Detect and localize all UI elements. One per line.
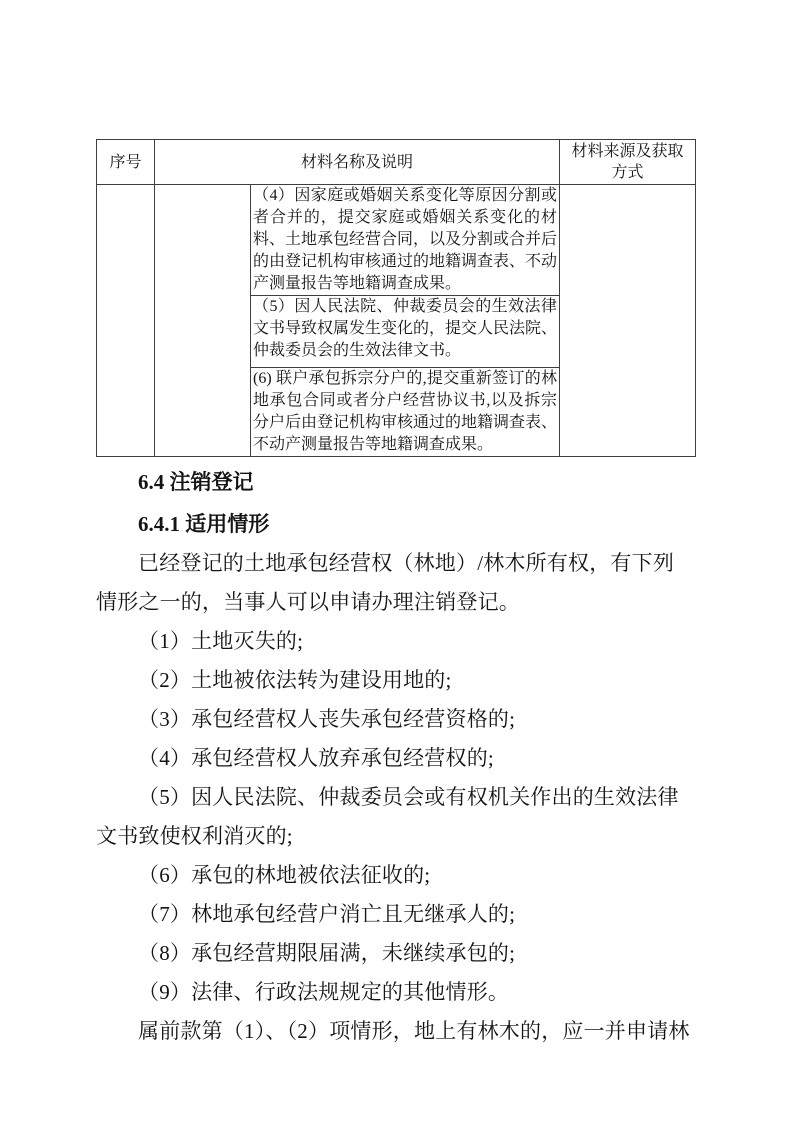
list-item-3: （3）承包经营权人丧失承包经营资格的; <box>96 700 695 739</box>
list-item-6: （6）承包的林地被依法征收的; <box>96 856 695 895</box>
list-item-8: （8）承包经营期限届满，未继续承包的; <box>96 934 695 973</box>
list-item-4: （4）承包经营权人放弃承包经营权的; <box>96 739 695 778</box>
list-item-1: （1）土地灭失的; <box>96 622 695 661</box>
no-cell-empty <box>97 185 155 457</box>
page-content: 序号 材料名称及说明 材料来源及获取方式 （4）因家庭或婚姻关系变化等原因分割或… <box>96 139 695 1051</box>
source-cell-empty <box>560 185 696 457</box>
list-item-2: （2）土地被依法转为建设用地的; <box>96 661 695 700</box>
column-header-name: 材料名称及说明 <box>155 140 560 185</box>
section-heading-6-4: 6.4 注销登记 <box>138 467 695 497</box>
material-item-5-cell: （5）因人民法院、仲裁委员会的生效法律文书导致权属发生变化的，提交人民法院、仲裁… <box>251 296 560 368</box>
list-item-7: （7）林地承包经营户消亡且无继承人的; <box>96 895 695 934</box>
section-heading-6-4-1: 6.4.1 适用情形 <box>138 509 695 539</box>
intro-paragraph: 已经登记的土地承包经营权（林地）/林木所有权，有下列情形之一的，当事人可以申请办… <box>96 544 686 622</box>
table-row: （4）因家庭或婚姻关系变化等原因分割或者合并的，提交家庭或婚姻关系变化的材料、土… <box>97 185 696 296</box>
column-header-no: 序号 <box>97 140 155 185</box>
closing-paragraph: 属前款第（1）、（2）项情形，地上有林木的，应一并申请林 <box>96 1012 695 1051</box>
document-page: 序号 材料名称及说明 材料来源及获取方式 （4）因家庭或婚姻关系变化等原因分割或… <box>0 0 793 1122</box>
materials-table: 序号 材料名称及说明 材料来源及获取方式 （4）因家庭或婚姻关系变化等原因分割或… <box>96 139 696 457</box>
column-header-source: 材料来源及获取方式 <box>560 140 696 185</box>
table-header-row: 序号 材料名称及说明 材料来源及获取方式 <box>97 140 696 185</box>
subcol-cell-empty <box>155 185 251 457</box>
material-item-4-cell: （4）因家庭或婚姻关系变化等原因分割或者合并的，提交家庭或婚姻关系变化的材料、土… <box>251 185 560 296</box>
material-item-6-cell: (6) 联户承包拆宗分户的,提交重新签订的林地承包合同或者分户经营协议书,以及拆… <box>251 368 560 457</box>
list-item-5: （5）因人民法院、仲裁委员会或有权机关作出的生效法律文书致使权利消灭的; <box>96 778 695 856</box>
list-item-9: （9）法律、行政法规规定的其他情形。 <box>96 973 695 1012</box>
